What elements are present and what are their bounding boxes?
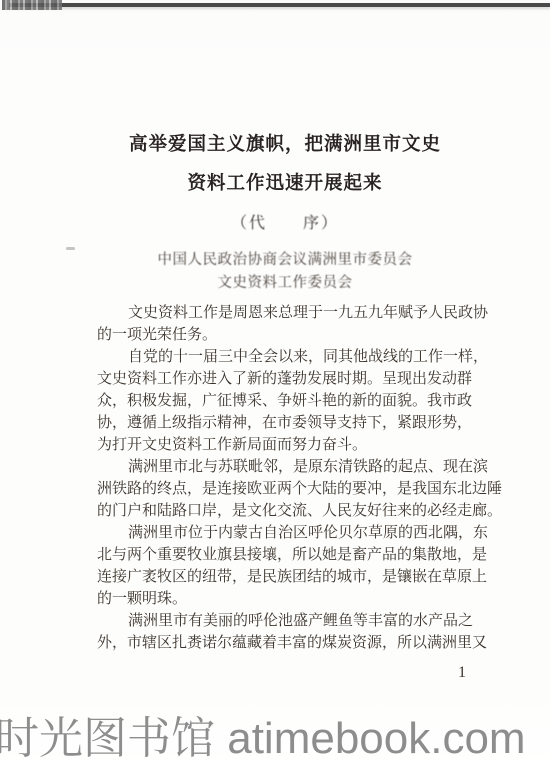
body-line: 的一项光荣任务。 xyxy=(97,324,477,346)
body-line: 为打开文史资料工作新局面而努力奋斗。 xyxy=(97,434,477,456)
body-line: 北与两个重要牧业旗县接壤，所以她是畜产品的集散地，是 xyxy=(97,544,477,566)
body-line: 外，市辖区扎赉诺尔蕴藏着丰富的煤炭资源，所以满洲里又 xyxy=(97,632,477,654)
body-line: 的门户和陆路口岸，是文化交流、人民友好往来的必经走廊。 xyxy=(97,500,477,522)
page-subtitle: （代 序） xyxy=(20,210,550,233)
body-line: 连接广袤牧区的纽带，是民族团结的城市，是镶嵌在草原上 xyxy=(97,566,477,588)
body-line: 满洲里市位于内蒙古自治区呼伦贝尔草原的西北隅，东 xyxy=(97,522,477,544)
body-text: 文史资料工作是周恩来总理于一九五九年赋予人民政协的一项光荣任务。自党的十一届三中… xyxy=(97,302,477,654)
body-line: 满洲里市有美丽的呼伦池盛产鲤鱼等丰富的水产品之 xyxy=(97,610,477,632)
page-title-line2: 资料工作迅速开展起来 xyxy=(20,165,550,204)
body-line: 协，遵循上级指示精神，在市委领导支持下，紧跟形势， xyxy=(97,412,477,434)
watermark-site-url: atimebook.com xyxy=(227,714,525,763)
body-line: 洲铁路的终点，是连接欧亚两个大陆的要冲，是我国东北边陲 xyxy=(97,478,477,500)
body-line: 满洲里市北与苏联毗邻，是原东清铁路的起点、现在滨 xyxy=(97,456,477,478)
scanned-page: 高举爱国主义旗帜，把满洲里市文史 资料工作迅速开展起来 （代 序） 中国人民政治… xyxy=(0,0,550,768)
body-line: 的一颗明珠。 xyxy=(97,588,477,610)
body-line: 自党的十一届三中全会以来，同其他战线的工作一样， xyxy=(97,346,477,368)
body-line: 文史资料工作亦进入了新的蓬勃发展时期。呈现出发动群 xyxy=(97,368,477,390)
author-line1: 中国人民政治协商会议满洲里市委员会 xyxy=(20,249,550,272)
page-title: 高举爱国主义旗帜，把满洲里市文史 资料工作迅速开展起来 xyxy=(20,126,550,204)
watermark-site-name-cn: 时光图书馆 xyxy=(0,714,215,763)
watermark: 时光图书馆 atimebook.com xyxy=(0,702,550,766)
scan-artifact-corner-noise xyxy=(2,0,62,10)
body-line: 文史资料工作是周恩来总理于一九五九年赋予人民政协 xyxy=(97,302,477,324)
scan-artifact-top-bar xyxy=(9,3,550,7)
body-line: 众，积极发掘，广征博采、争妍斗艳的新的面貌。我市政 xyxy=(97,390,477,412)
author-block: 中国人民政治协商会议满洲里市委员会 文史资料工作委员会 xyxy=(20,249,550,295)
page-number: 1 xyxy=(458,664,466,682)
author-line2: 文史资料工作委员会 xyxy=(20,272,550,295)
page-title-line1: 高举爱国主义旗帜，把满洲里市文史 xyxy=(20,126,550,165)
